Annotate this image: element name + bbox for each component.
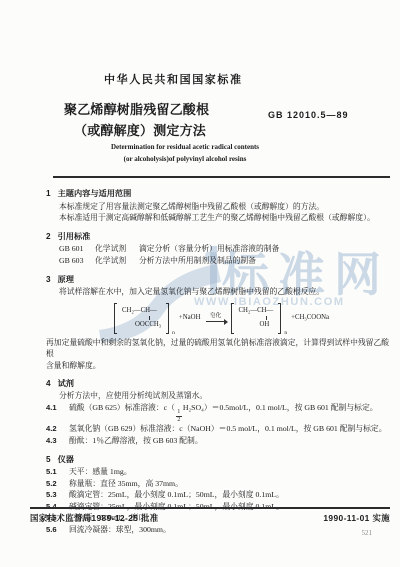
item-text-pre: 硫酸（GB 625）标准溶液：c（ (69, 403, 175, 412)
bond-line (149, 316, 150, 320)
english-title-line2: (or alcoholysis)of polyvinyl alcohol res… (35, 153, 335, 165)
section-1-paragraph-2: 本标准适用于测定高碱醇解和低碱醇解工艺生产的聚乙烯醇树脂中残留乙酸根（或醇解度）… (46, 212, 392, 224)
right-bracket (166, 303, 169, 334)
item-text: 酚酞：1％乙醇溶液，按 GB 603 配制。 (69, 435, 203, 447)
fraction-numerator: 1 (176, 410, 182, 417)
reference-standard-row: GB 601 化学试剂 滴定分析（容量分析）用标准溶液的制备 (46, 243, 392, 255)
reagent-item-4-3: 4.3 酚酞：1％乙醇溶液，按 GB 603 配制。 (46, 435, 392, 447)
item-number: 4.2 (46, 423, 60, 435)
section-3-heading: 3 原理 (46, 274, 392, 286)
standard-document-page: 中华人民共和国国家标准 聚乙烯醇树脂残留乙酸根 （或醇解度）测定方法 GB 12… (0, 0, 400, 567)
section-4-number: 4 (46, 378, 51, 390)
reaction-condition-label: 皂化 (210, 314, 222, 320)
item-text: 酸滴定管：25mL，最小刻度 0.1mL；50mL，最小刻度 0.1mL。 (69, 489, 284, 501)
formula-chain: CH₂—CH— (239, 307, 274, 315)
reference-description: 分析方法中所用制剂及制品的制备 (139, 255, 256, 267)
polyvinyl-acetate-unit: CH₂—CH— OOCCH₃ (120, 307, 163, 330)
section-4-title: 试剂 (58, 378, 74, 390)
item-number: 5.6 (46, 524, 60, 536)
formula-chain: CH₂—CH— (122, 307, 161, 315)
section-5-heading: 5 仪器 (46, 454, 392, 466)
section-1-heading: 1 主题内容与适用范围 (46, 188, 392, 200)
hydroxyl-group: OH (260, 321, 274, 329)
item-text: 硫酸（GB 625）标准溶液：c（12H₂SO₄）＝0.5mol/L，0.1 m… (69, 402, 378, 424)
acetate-group: OOCCH₃ (135, 321, 161, 329)
section-4-heading: 4 试剂 (46, 378, 392, 390)
section-2-title: 引用标准 (58, 231, 91, 243)
instrument-item-5-6: 5.6 回流冷凝器：球型，300mm。 (46, 524, 392, 536)
reference-name: 化学试剂 (95, 243, 139, 255)
arrow-shaft (206, 321, 226, 322)
item-text: 天平：感量 1mg。 (69, 466, 132, 478)
section-1-title: 主题内容与适用范围 (58, 188, 132, 200)
one-half-fraction: 12 (176, 410, 182, 424)
english-title: Determination for residual acetic radica… (35, 141, 335, 165)
document-title-line2: （或醇解度）测定方法 (74, 120, 206, 139)
reagent-item-4-1: 4.1 硫酸（GB 625）标准溶液：c（12H₂SO₄）＝0.5mol/L，0… (46, 402, 392, 424)
reference-code: GB 601 (59, 243, 95, 255)
section-5-number: 5 (46, 454, 51, 466)
document-body: 1 主题内容与适用范围 本标准规定了用容量法测定聚乙烯醇树脂中残留乙酸根（或醇解… (46, 185, 392, 536)
standard-code: GB 12010.5—89 (268, 110, 349, 120)
section-3-paragraph-1: 将试样溶解在水中，加入定量氢氧化钠与聚乙烯醇树脂中残留的乙酸根反应。 (46, 286, 392, 298)
section-3-paragraph-2-line1: 再加定量硫酸中和剩余的氢氧化钠，过量的硫酸用氢氧化钠标准溶液滴定，计算得到试样中… (46, 337, 392, 360)
national-standard-label: 中华人民共和国国家标准 (104, 71, 243, 87)
reaction-arrow: 皂化 (206, 314, 226, 322)
section-3-title: 原理 (58, 274, 74, 286)
implementation-date: 1990-11-01 实施 (323, 512, 390, 524)
saponification-chemical-equation: CH₂—CH— OOCCH₃ n +NaOH 皂化 CH₂—CH— OH n +… (114, 303, 392, 334)
item-number: 5.3 (46, 489, 60, 501)
instrument-item-5-2: 5.2 称量瓶：直径 35mm，高 37mm。 (46, 478, 392, 490)
item-number: 4.3 (46, 435, 60, 447)
reagent-item-4-2: 4.2 氢氧化钠（GB 629）标准溶液：c（NaOH）＝0.5 mol/L，0… (46, 423, 392, 435)
section-5-title: 仪器 (58, 454, 74, 466)
item-number: 4.1 (46, 402, 60, 424)
instrument-item-5-1: 5.1 天平：感量 1mg。 (46, 466, 392, 478)
approval-notice: 国家技术监督局1989-12-25 批准 (30, 512, 159, 524)
section-3-number: 3 (46, 274, 51, 286)
subscript-n: n (172, 331, 175, 337)
section-2-number: 2 (46, 231, 51, 243)
reagent-naoh: +NaOH (179, 315, 201, 322)
reference-name: 化学试剂 (95, 255, 139, 267)
left-bracket (114, 303, 117, 334)
reference-description: 滴定分析（容量分析）用标准溶液的制备 (139, 243, 279, 255)
item-text: 称量瓶：直径 35mm，高 37mm。 (69, 478, 183, 490)
bond-line (266, 316, 267, 320)
reference-code: GB 603 (59, 255, 95, 267)
item-text: 回流冷凝器：球型，300mm。 (69, 524, 171, 536)
footer-divider-rule (30, 507, 390, 509)
item-number: 5.1 (46, 466, 60, 478)
footer: 国家技术监督局1989-12-25 批准 1990-11-01 实施 (30, 512, 390, 524)
right-bracket (278, 303, 281, 334)
reference-standard-row: GB 603 化学试剂 分析方法中所用制剂及制品的制备 (46, 255, 392, 267)
document-title-line1: 聚乙烯醇树脂残留乙酸根 (64, 99, 209, 118)
section-3-paragraph-2-line2: 含量和醇解度。 (46, 360, 392, 372)
left-bracket (231, 303, 234, 334)
item-text-post: H₂SO₄）＝0.5mol/L，0.1 mol/L，按 GB 601 配制与标定… (183, 403, 378, 412)
instrument-item-5-3: 5.3 酸滴定管：25mL，最小刻度 0.1mL；50mL，最小刻度 0.1mL… (46, 489, 392, 501)
header-divider-rule (53, 176, 390, 178)
section-1-number: 1 (46, 188, 51, 200)
page-number: 521 (362, 529, 373, 537)
section-2-heading: 2 引用标准 (46, 231, 392, 243)
item-text: 氢氧化钠（GB 629）标准溶液：c（NaOH）＝0.5 mol/L，0.1 m… (69, 423, 387, 435)
polyvinyl-alcohol-unit: CH₂—CH— OH (237, 307, 276, 330)
subscript-n: n (284, 331, 287, 337)
section-4-intro: 分析方法中，应使用分析纯试剂及蒸馏水。 (46, 390, 392, 402)
item-number: 5.2 (46, 478, 60, 490)
product-sodium-acetate: +CH₃COONa (291, 315, 329, 322)
section-1-paragraph-1: 本标准规定了用容量法测定聚乙烯醇树脂中残留乙酸根（或醇解度）的方法。 (46, 201, 392, 213)
english-title-line1: Determination for residual acetic radica… (35, 141, 335, 153)
